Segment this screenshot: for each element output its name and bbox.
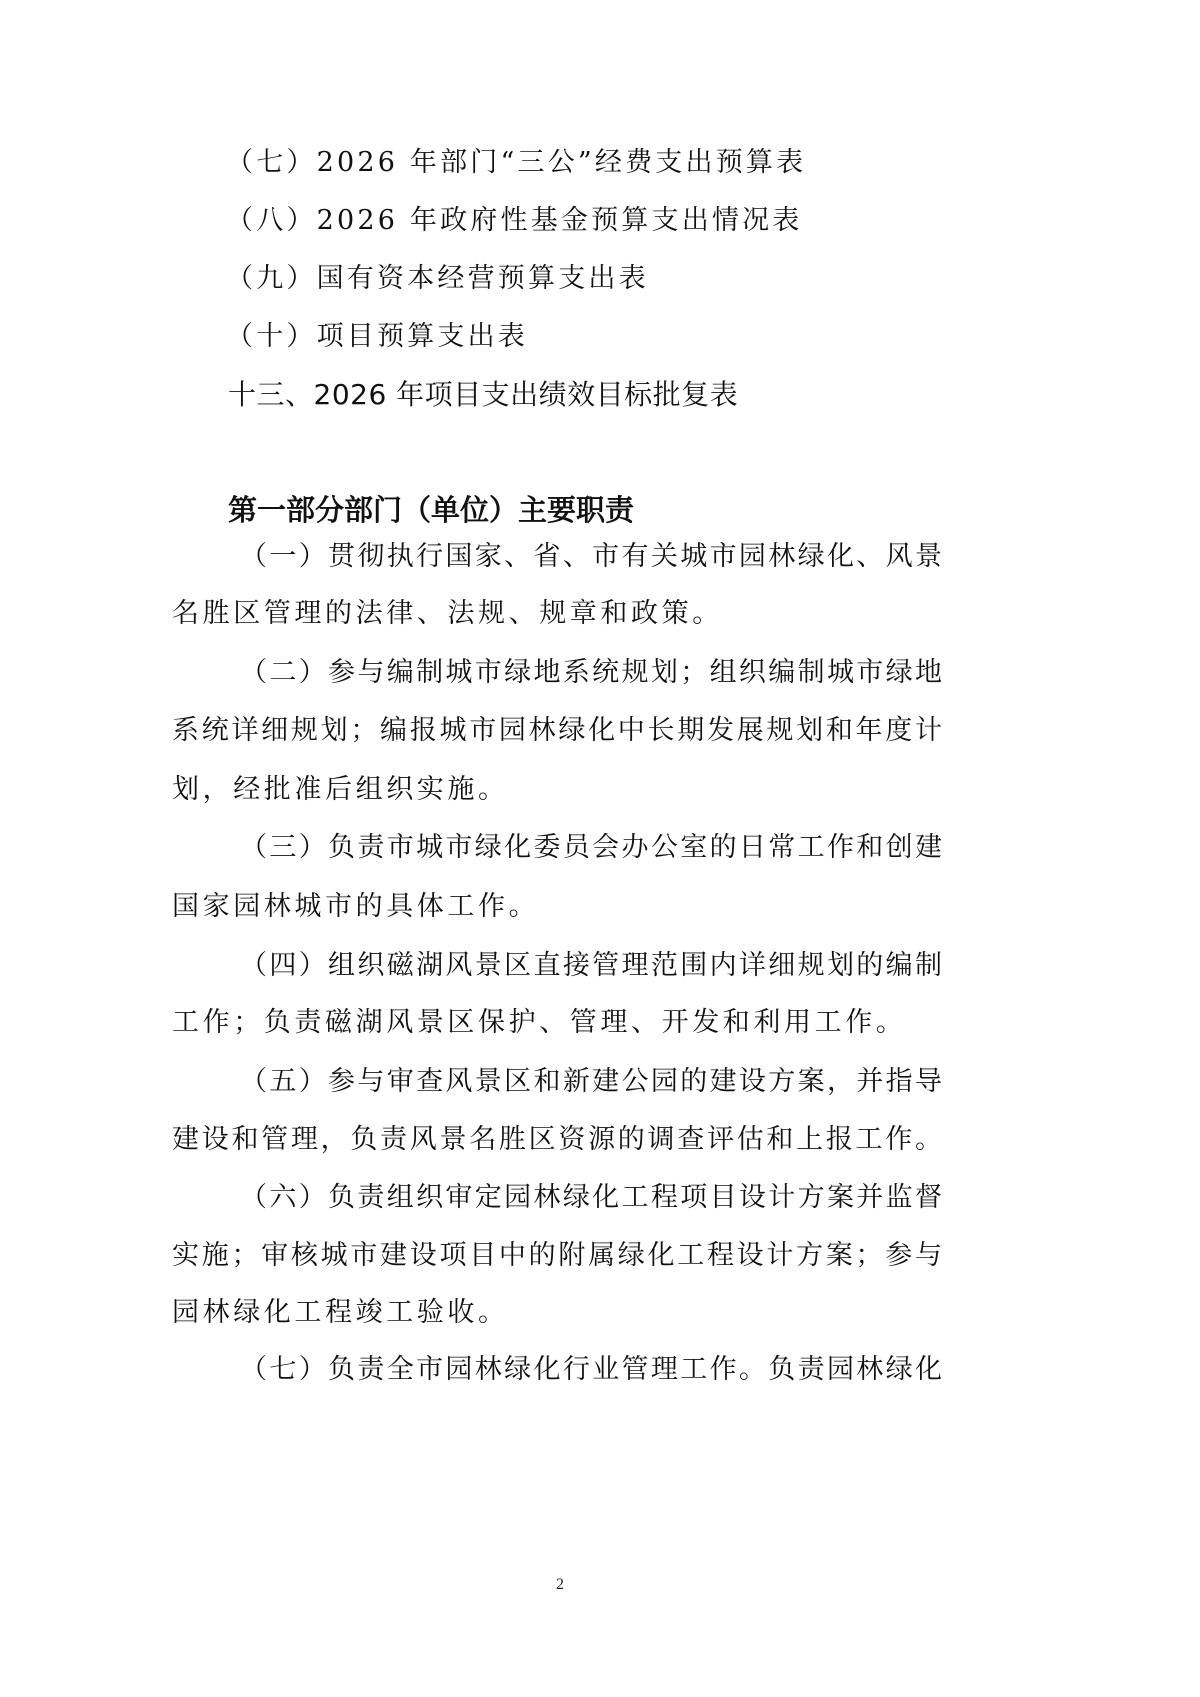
paragraph-6-line-2: 实施；审核城市建设项目中的附属绿化工程设计方案；参与 [172, 1238, 942, 1274]
paragraph-4-line-1: （四）组织磁湖风景区直接管理范围内详细规划的编制 [240, 948, 942, 984]
toc-item-8: （八）2026 年政府性基金预算支出情况表 [226, 203, 803, 239]
paragraph-4-line-2: 工作；负责磁湖风景区保护、管理、开发和利用工作。 [172, 1005, 942, 1041]
toc-item-9: （九）国有资本经营预算支出表 [226, 261, 649, 297]
section-title: 第一部分部门（单位）主要职责 [228, 492, 634, 528]
paragraph-5-line-1: （五）参与审查风景区和新建公园的建设方案，并指导 [240, 1064, 942, 1100]
toc-item-10: （十）项目预算支出表 [226, 319, 528, 355]
toc-heading-13: 十三、2026 年项目支出绩效目标批复表 [228, 377, 738, 413]
paragraph-6-line-3: 园林绿化工程竣工验收。 [172, 1295, 942, 1331]
paragraph-3-line-2: 国家园林城市的具体工作。 [172, 889, 942, 925]
paragraph-2-line-3: 划，经批准后组织实施。 [172, 772, 942, 808]
paragraph-6-line-1: （六）负责组织审定园林绿化工程项目设计方案并监督 [240, 1180, 942, 1216]
paragraph-2-line-2: 系统详细规划；编报城市园林绿化中长期发展规划和年度计 [172, 713, 942, 749]
paragraph-2-line-1: （二）参与编制城市绿地系统规划；组织编制城市绿地 [240, 655, 942, 691]
paragraph-3-line-1: （三）负责市城市绿化委员会办公室的日常工作和创建 [240, 830, 942, 866]
document-page: （七）2026 年部门“三公”经费支出预算表 （八）2026 年政府性基金预算支… [0, 0, 1200, 1697]
paragraph-5-line-2: 建设和管理，负责风景名胜区资源的调查评估和上报工作。 [172, 1122, 942, 1158]
paragraph-1-line-2: 名胜区管理的法律、法规、规章和政策。 [172, 596, 942, 632]
paragraph-1-line-1: （一）贯彻执行国家、省、市有关城市园林绿化、风景 [240, 539, 942, 575]
paragraph-7-line-1: （七）负责全市园林绿化行业管理工作。负责园林绿化 [240, 1352, 942, 1388]
toc-item-7: （七）2026 年部门“三公”经费支出预算表 [226, 145, 806, 181]
page-number: 2 [0, 1576, 1120, 1594]
